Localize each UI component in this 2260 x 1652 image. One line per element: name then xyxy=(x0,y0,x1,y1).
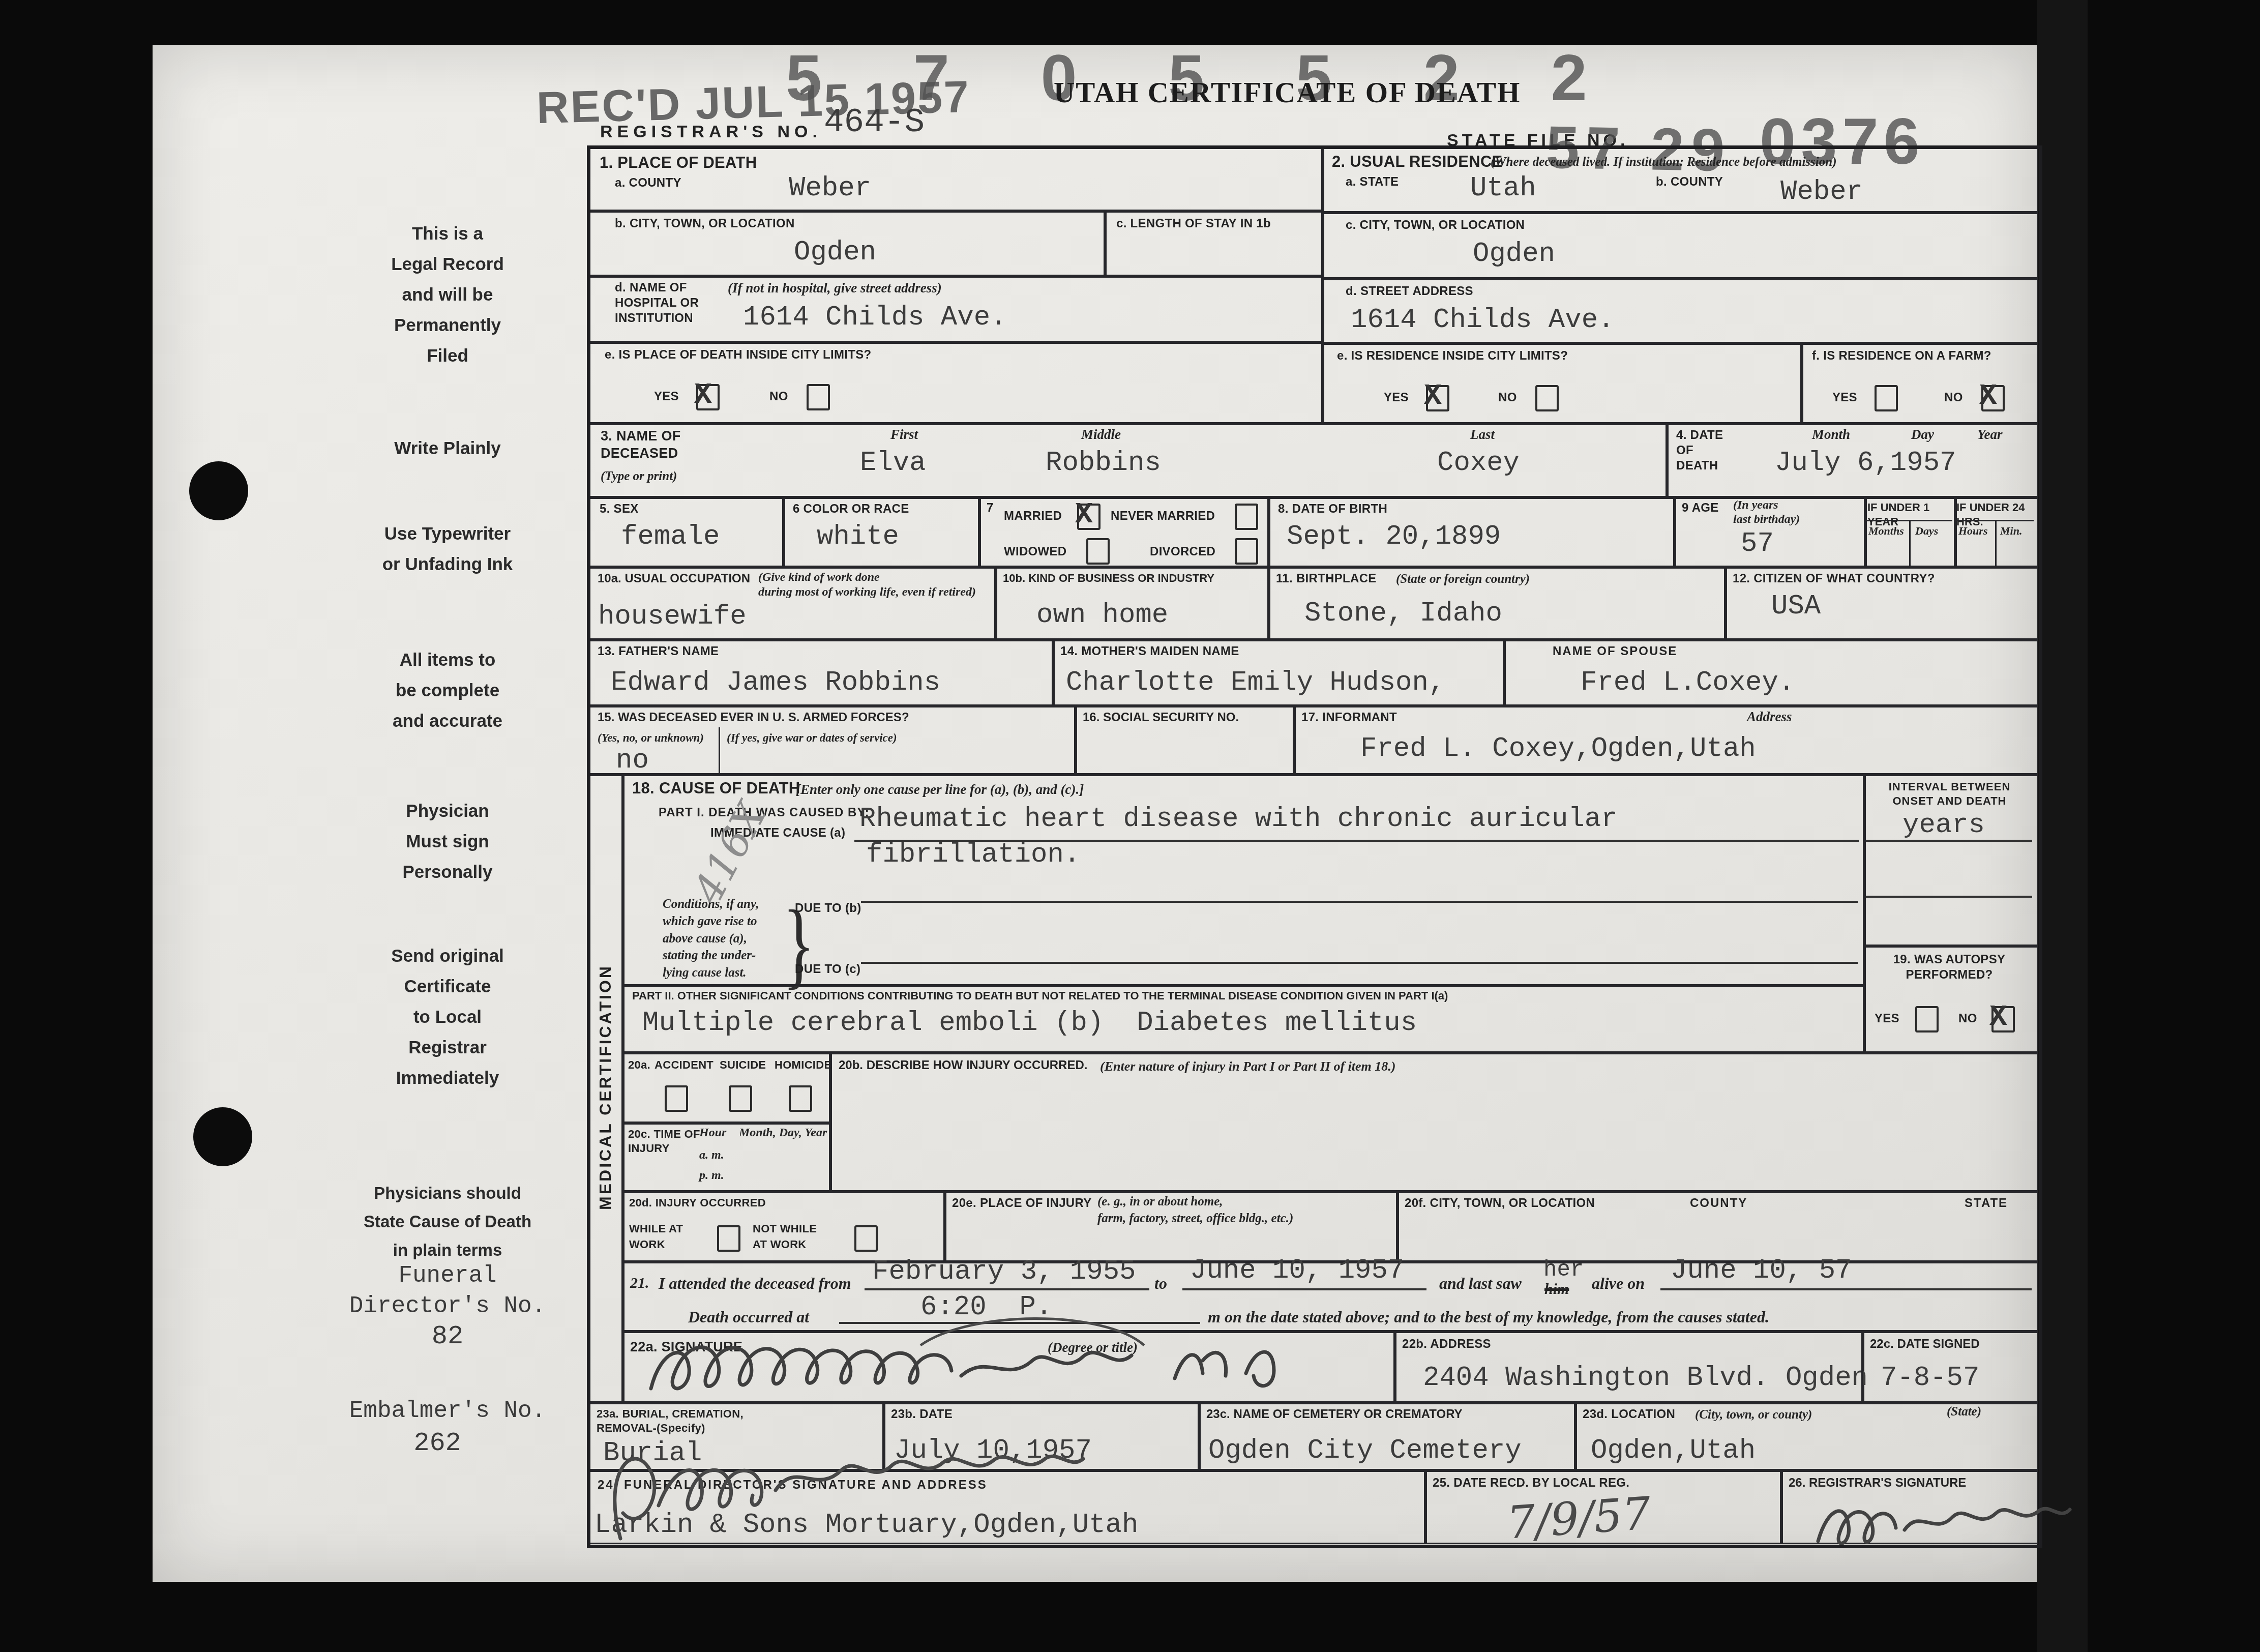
field-2e-no-label: NO xyxy=(1498,390,1517,405)
field-7-widowed-checkbox xyxy=(1086,538,1110,565)
field-7-married-mark: X xyxy=(1075,498,1093,532)
field-10a-label: 10a. USUAL OCCUPATION xyxy=(598,571,750,586)
cell-1c-length-of-stay: c. LENGTH OF STAY IN 1b xyxy=(1104,210,1324,278)
immediate-cause-line xyxy=(854,840,1859,842)
section2-title-note: (Where deceased lived. If institution: R… xyxy=(1491,154,1836,171)
field-22b-value: 2404 Washington Blvd. Ogden xyxy=(1423,1363,1868,1393)
cell-10a-occupation: 10a. USUAL OCCUPATION (Give kind of work… xyxy=(589,566,997,641)
field-2b-value: Weber xyxy=(1780,177,1863,207)
field-8-value: Sept. 20,1899 xyxy=(1287,522,1501,552)
field-4-year-label: Year xyxy=(1977,426,2003,444)
field-2f-no-mark: X xyxy=(1979,380,1997,413)
field-6-label: 6 COLOR OR RACE xyxy=(793,501,909,517)
field-9-value: 57 xyxy=(1741,529,1774,559)
field-1d-value: 1614 Childs Ave. xyxy=(743,303,1006,333)
field-spouse-label: NAME OF SPOUSE xyxy=(1553,644,1677,659)
hour-label: Hour xyxy=(699,1125,726,1141)
field-20a-label: 20a. xyxy=(628,1058,650,1072)
field-15-label: 15. WAS DECEASED EVER IN U. S. ARMED FOR… xyxy=(598,710,909,725)
field-1e-no-checkbox xyxy=(807,384,830,410)
cell-10b-industry: 10b. KIND OF BUSINESS OR INDUSTRY own ho… xyxy=(994,566,1270,641)
field-10b-value: own home xyxy=(1036,600,1168,630)
physician-signature xyxy=(636,1317,1399,1409)
field-5-value: female xyxy=(621,522,720,552)
cell-20a: 20a. ACCIDENT SUICIDE HOMICIDE xyxy=(621,1051,832,1125)
cell-19-autopsy: 19. WAS AUTOPSY PERFORMED? YES NO X xyxy=(1863,945,2038,1054)
cell-6-color-race: 6 COLOR OR RACE white xyxy=(782,496,981,569)
field-15-note1: (Yes, no, or unknown) xyxy=(598,730,704,746)
cell-18-cause-of-death: 18. CAUSE OF DEATH [Enter only one cause… xyxy=(621,773,1866,987)
margin-note-complete-accurate: All items to be complete and accurate xyxy=(305,645,590,736)
registrars-no-label: REGISTRAR'S NO. xyxy=(600,121,822,143)
field-7-never-married-checkbox xyxy=(1235,504,1258,530)
registrar-signature-scrawl xyxy=(1810,1483,2075,1564)
cell-20c: 20c. TIME OF INJURY Hour Month, Day, Yea… xyxy=(621,1122,832,1193)
field-14-label: 14. MOTHER'S MAIDEN NAME xyxy=(1060,644,1239,659)
margin-note-typewriter: Use Typewriter or Unfading Ink xyxy=(295,519,600,580)
cell-25-date-received: 25. DATE RECD. BY LOCAL REG. 7/9/57 xyxy=(1424,1469,1783,1544)
not-while-at-work-label: NOT WHILE AT WORK xyxy=(753,1221,817,1253)
field-14-value: Charlotte Emily Hudson, xyxy=(1066,668,1445,698)
interval-line-b xyxy=(1866,896,2032,898)
margin-note-write-plainly: Write Plainly xyxy=(305,433,590,464)
field-20f-label: 20f. CITY, TOWN, OR LOCATION xyxy=(1405,1196,1595,1211)
field-19-no-label: NO xyxy=(1958,1011,1977,1026)
cell-23d-location: 23d. LOCATION (City, town, or county) (S… xyxy=(1574,1401,2038,1472)
cell-2e-city-limits: e. IS RESIDENCE INSIDE CITY LIMITS? YES … xyxy=(1321,342,1803,425)
hours-min-divider xyxy=(1995,520,1997,566)
field-3-middle-value: Robbins xyxy=(1046,448,1161,478)
state-col-label: STATE xyxy=(1965,1196,2008,1211)
field-17-label: 17. INFORMANT xyxy=(1301,710,1397,725)
field-7-divorced-checkbox xyxy=(1235,538,1258,565)
field-4-month-label: Month xyxy=(1812,426,1850,444)
cell-9-age: 9 AGE (In years last birthday) 57 xyxy=(1673,496,1867,569)
field-7-divorced-label: DIVORCED xyxy=(1150,544,1215,559)
funeral-director-signature xyxy=(592,1424,1228,1546)
field-15-note2: (If yes, give war or dates of service) xyxy=(727,730,897,746)
field-18-part2-value: Multiple cerebral emboli (b) Diabetes me… xyxy=(642,1008,1417,1038)
section2-title: 2. USUAL RESIDENCE xyxy=(1332,152,1503,172)
field-3-last-label: Last xyxy=(1470,426,1495,444)
field-2e-yes-mark: X xyxy=(1424,380,1442,413)
accident-checkbox xyxy=(665,1085,688,1112)
field-1e-label: e. IS PLACE OF DEATH INSIDE CITY LIMITS? xyxy=(605,347,871,363)
field-18-due-c-label: DUE TO (c) xyxy=(795,962,860,977)
field-1e-yes-mark: X xyxy=(694,379,712,412)
field-20e-label: 20e. PLACE OF INJURY xyxy=(952,1196,1092,1211)
cell-13-father: 13. FATHER'S NAME Edward James Robbins xyxy=(589,638,1055,707)
field-10a-note: (Give kind of work done during most of w… xyxy=(758,570,976,600)
field-2e-yes-checkbox: X xyxy=(1426,385,1449,411)
field-1d-note: (If not in hospital, give street address… xyxy=(728,279,942,297)
field-23d-state-note: (State) xyxy=(1947,1404,1981,1421)
cell-20f: 20f. CITY, TOWN, OR LOCATION COUNTY STAT… xyxy=(1396,1190,2038,1263)
field-18-immediate-value-line1: Rheumatic heart disease with chronic aur… xyxy=(859,804,1618,834)
punch-hole-top xyxy=(189,461,248,520)
field-4-day-label: Day xyxy=(1911,426,1934,444)
field-19-yes-checkbox xyxy=(1915,1006,1939,1032)
am-label: a. m. xyxy=(699,1147,724,1163)
interval-value: years xyxy=(1902,810,1985,840)
accident-label: ACCIDENT xyxy=(655,1058,713,1072)
field-19-yes-label: YES xyxy=(1875,1011,1899,1026)
field-2e-label: e. IS RESIDENCE INSIDE CITY LIMITS? xyxy=(1337,348,1568,364)
not-while-at-work-checkbox xyxy=(854,1225,878,1252)
field-22c-value: 7-8-57 xyxy=(1881,1363,1979,1393)
field-18-due-b-label: DUE TO (b) xyxy=(795,901,861,916)
field-19-label: 19. WAS AUTOPSY PERFORMED? xyxy=(1876,952,2023,983)
field-21-no: 21. xyxy=(630,1273,649,1293)
field-12-label: 12. CITIZEN OF WHAT COUNTRY? xyxy=(1733,571,1935,586)
field-2d-label: d. STREET ADDRESS xyxy=(1346,284,1473,299)
field-2f-no-checkbox: X xyxy=(1981,385,2005,411)
due-c-line xyxy=(861,962,1858,964)
medical-certification-label: MEDICAL CERTIFICATION xyxy=(590,773,620,1401)
suicide-checkbox xyxy=(729,1085,752,1112)
field-7-label: 7 xyxy=(987,500,994,516)
attended-text: I attended the deceased from xyxy=(659,1273,851,1294)
cell-15-armed-forces: 15. WAS DECEASED EVER IN U. S. ARMED FOR… xyxy=(589,704,1077,776)
field-18-immediate-value-line2: fibrillation. xyxy=(866,840,1080,870)
cell-22c-date-signed: 22c. DATE SIGNED 7-8-57 xyxy=(1861,1330,2038,1404)
margin-note-send-original: Send original Certificate to Local Regis… xyxy=(305,941,590,1094)
field-25-value-handwritten: 7/9/57 xyxy=(1505,1487,1653,1549)
field-18-title: 18. CAUSE OF DEATH xyxy=(632,779,800,799)
cell-14-mother: 14. MOTHER'S MAIDEN NAME Charlotte Emily… xyxy=(1052,638,1506,707)
months-days-divider xyxy=(1909,520,1911,566)
field-spouse-value: Fred L.Coxey. xyxy=(1581,668,1795,698)
under-24-divider xyxy=(1955,520,2034,521)
suicide-label: SUICIDE xyxy=(720,1058,766,1072)
field-3-middle-label: Middle xyxy=(1081,426,1121,444)
field-2b-label: b. COUNTY xyxy=(1656,174,1723,190)
field-23d-note: (City, town, or county) xyxy=(1695,1407,1812,1424)
cell-4-date-of-death: 4. DATE OF DEATH Month Day Year July 6,1… xyxy=(1666,422,2038,499)
cell-12-citizen: 12. CITIZEN OF WHAT COUNTRY? USA xyxy=(1724,566,2038,641)
field-2f-no-label: NO xyxy=(1944,390,1963,405)
field-18-conditions-note: Conditions, if any, which gave rise to a… xyxy=(663,896,759,982)
field-22b-label: 22b. ADDRESS xyxy=(1402,1337,1491,1352)
field-2e-yes-label: YES xyxy=(1384,390,1409,405)
field-16-label: 16. SOCIAL SECURITY NO. xyxy=(1083,710,1239,725)
field-2f-label: f. IS RESIDENCE ON A FARM? xyxy=(1812,348,1991,364)
alive-on-text: alive on xyxy=(1592,1273,1645,1294)
scanned-death-certificate: REC'D JUL 15 1957 5 7 0 5 5 2 2 REGISTRA… xyxy=(0,0,2260,1652)
hours-label: Hours xyxy=(1958,524,1987,539)
field-3-first-value: Elva xyxy=(860,448,926,478)
field-2f-yes-label: YES xyxy=(1832,390,1857,405)
field-1d-label: d. NAME OF HOSPITAL OR INSTITUTION xyxy=(615,280,699,326)
embalmers-no-label: Embalmer's No. xyxy=(305,1398,590,1424)
field-1c-label: c. LENGTH OF STAY IN 1b xyxy=(1116,216,1271,231)
cell-interval: INTERVAL BETWEEN ONSET AND DEATH years xyxy=(1863,773,2038,948)
min-label: Min. xyxy=(2000,524,2022,539)
cell-5-sex: 5. SEX female xyxy=(589,496,785,569)
field-13-label: 13. FATHER'S NAME xyxy=(598,644,719,659)
while-at-work-label: WHILE AT WORK xyxy=(629,1221,683,1253)
field-23b-label: 23b. DATE xyxy=(891,1407,953,1422)
cell-20d: 20d. INJURY OCCURRED WHILE AT WORK NOT W… xyxy=(621,1190,946,1263)
cell-1e-city-limits: e. IS PLACE OF DEATH INSIDE CITY LIMITS?… xyxy=(589,341,1324,425)
field-23c-value: Ogden City Cemetery xyxy=(1208,1436,1522,1466)
cell-2ab-residence: 2. USUAL RESIDENCE (Where deceased lived… xyxy=(1321,147,2038,214)
cell-23c-cemetery: 23c. NAME OF CEMETERY OR CREMATORY Ogden… xyxy=(1198,1401,1577,1472)
margin-note-physician-sign: Physician Must sign Personally xyxy=(305,796,590,888)
field-15-divider xyxy=(719,727,720,773)
attended-from-line xyxy=(865,1288,1149,1290)
cell-20b: 20b. DESCRIBE HOW INJURY OCCURRED. (Ente… xyxy=(829,1051,2038,1193)
days-label: Days xyxy=(1915,524,1938,539)
field-18-part2-label: PART II. OTHER SIGNIFICANT CONDITIONS CO… xyxy=(632,989,1448,1003)
field-9-note: (In years last birthday) xyxy=(1733,498,1800,526)
attended-to-value: June 10, 1957 xyxy=(1190,1256,1404,1286)
field-11-note: (State or foreign country) xyxy=(1396,571,1530,588)
cell-1d-hospital: d. NAME OF HOSPITAL OR INSTITUTION (If n… xyxy=(589,275,1324,344)
field-17-address-label: Address xyxy=(1747,708,1792,726)
field-15-value: no xyxy=(616,746,649,776)
field-10b-label: 10b. KIND OF BUSINESS OR INDUSTRY xyxy=(1003,571,1214,585)
field-2c-value: Ogden xyxy=(1473,239,1555,269)
field-1e-no-label: NO xyxy=(769,389,788,404)
cell-8-date-of-birth: 8. DATE OF BIRTH Sept. 20,1899 xyxy=(1267,496,1676,569)
field-12-value: USA xyxy=(1771,592,1821,622)
field-1e-yes-checkbox: X xyxy=(696,384,720,410)
field-23c-label: 23c. NAME OF CEMETERY OR CREMATORY xyxy=(1206,1407,1463,1422)
field-5-label: 5. SEX xyxy=(600,501,639,517)
mdy-label: Month, Day, Year xyxy=(739,1125,827,1141)
field-23d-label: 23d. LOCATION xyxy=(1583,1407,1675,1422)
field-20b-label: 20b. DESCRIBE HOW INJURY OCCURRED. xyxy=(839,1058,1087,1073)
cell-spouse: NAME OF SPOUSE Fred L.Coxey. xyxy=(1503,638,2038,707)
field-22c-label: 22c. DATE SIGNED xyxy=(1870,1337,1980,1352)
field-2a-label: a. STATE xyxy=(1346,174,1399,190)
margin-note-legal-record: This is a Legal Record and will be Perma… xyxy=(305,219,590,371)
cell-2c-city: c. CITY, TOWN, OR LOCATION Ogden xyxy=(1321,211,2038,280)
field-7-married-label: MARRIED xyxy=(1004,509,1062,524)
months-label: Months xyxy=(1868,524,1904,539)
homicide-checkbox xyxy=(789,1085,812,1112)
field-18-title-note: [Enter only one cause per line for (a), … xyxy=(796,781,1084,799)
field-9-label: 9 AGE xyxy=(1682,500,1719,516)
field-1a-label: a. COUNTY xyxy=(615,175,681,191)
field-6-value: white xyxy=(817,522,899,552)
cell-9-under-1-year: IF UNDER 1 YEAR Months Days xyxy=(1864,496,1957,569)
cell-17-informant: 17. INFORMANT Address Fred L. Coxey,Ogde… xyxy=(1293,704,2038,776)
cell-18-part2: PART II. OTHER SIGNIFICANT CONDITIONS CO… xyxy=(621,984,1866,1054)
to-word: to xyxy=(1154,1273,1167,1294)
registrars-no-value: 464-S xyxy=(824,104,925,141)
field-4-value: July 6,1957 xyxy=(1775,448,1956,478)
field-2e-no-checkbox xyxy=(1535,385,1559,411)
field-13-value: Edward James Robbins xyxy=(611,668,940,698)
cell-7-marital-status: 7 MARRIED X NEVER MARRIED WIDOWED DIVORC… xyxy=(978,496,1270,569)
cell-1b-city: b. CITY, TOWN, OR LOCATION Ogden xyxy=(589,210,1107,278)
alive-on-value: June 10, 57 xyxy=(1671,1256,1852,1286)
cell-3-name-of-deceased: 3. NAME OF DECEASED (Type or print) Firs… xyxy=(589,422,1669,499)
field-1e-yes-label: YES xyxy=(654,389,679,404)
field-2f-yes-checkbox xyxy=(1875,385,1898,411)
cell-9-under-24-hrs: IF UNDER 24 HRS. Hours Min. xyxy=(1954,496,2038,569)
funeral-directors-no-value: 82 xyxy=(315,1321,580,1351)
scan-right-shadow xyxy=(2037,0,2088,1652)
field-7-never-married-label: NEVER MARRIED xyxy=(1111,509,1215,524)
field-7-married-checkbox: X xyxy=(1077,504,1101,530)
margin-note-plain-terms: Physicians should State Cause of Death i… xyxy=(285,1179,610,1264)
due-b-line xyxy=(861,901,1858,903)
field-2d-value: 1614 Childs Ave. xyxy=(1351,305,1614,335)
field-1b-label: b. CITY, TOWN, OR LOCATION xyxy=(615,216,795,231)
field-2a-value: Utah xyxy=(1470,173,1536,203)
last-saw-text: and last saw xyxy=(1439,1273,1522,1294)
form-title: UTAH CERTIFICATE OF DEATH xyxy=(1054,76,1521,109)
field-1a-value: Weber xyxy=(789,173,871,203)
section1-title: 1. PLACE OF DEATH xyxy=(600,153,757,173)
cell-1a-county: 1. PLACE OF DEATH a. COUNTY Weber xyxy=(589,147,1324,213)
county-col-label: COUNTY xyxy=(1690,1196,1747,1211)
field-20b-note: (Enter nature of injury in Part I or Par… xyxy=(1100,1058,1395,1075)
field-11-value: Stone, Idaho xyxy=(1304,599,1502,629)
cell-2f-farm: f. IS RESIDENCE ON A FARM? YES NO X xyxy=(1800,342,2038,425)
funeral-directors-no-label: Funeral Director's No. xyxy=(315,1260,580,1321)
field-3-label: 3. NAME OF DECEASED xyxy=(601,428,681,462)
alive-on-line xyxy=(1660,1288,2032,1290)
embalmers-no-value: 262 xyxy=(305,1428,570,1458)
field-20d-label: 20d. INJURY OCCURRED xyxy=(629,1196,766,1210)
field-25-label: 25. DATE RECD. BY LOCAL REG. xyxy=(1433,1476,1629,1491)
field-3-note: (Type or print) xyxy=(601,468,677,485)
field-7-widowed-label: WIDOWED xyxy=(1004,544,1066,559)
field-23d-value: Ogden,Utah xyxy=(1591,1436,1756,1466)
field-1b-value: Ogden xyxy=(794,238,876,268)
homicide-label: HOMICIDE xyxy=(775,1058,831,1072)
field-17-value: Fred L. Coxey,Ogden,Utah xyxy=(1360,734,1756,764)
cell-22b-address: 22b. ADDRESS 2404 Washington Blvd. Ogden xyxy=(1393,1330,1864,1404)
field-4-label: 4. DATE OF DEATH xyxy=(1676,428,1723,474)
field-19-no-mark: X xyxy=(1989,1001,2007,1034)
cell-20e: 20e. PLACE OF INJURY (e. g., in or about… xyxy=(943,1190,1399,1263)
field-20e-note: (e. g., in or about home, farm, factory,… xyxy=(1097,1194,1293,1227)
field-3-last-value: Coxey xyxy=(1437,448,1520,478)
attended-to-line xyxy=(1182,1288,1426,1290)
cell-16-ssn: 16. SOCIAL SECURITY NO. xyxy=(1074,704,1296,776)
punch-hole-bottom xyxy=(193,1107,252,1166)
while-at-work-checkbox xyxy=(717,1225,740,1252)
cell-11-birthplace: 11. BIRTHPLACE (State or foreign country… xyxy=(1267,566,1727,641)
field-3-first-label: First xyxy=(890,426,918,444)
attended-from-value: February 3, 1955 xyxy=(872,1257,1136,1287)
field-11-label: 11. BIRTHPLACE xyxy=(1276,571,1377,586)
pronoun-printed: him xyxy=(1544,1279,1569,1299)
cell-2d-street: d. STREET ADDRESS 1614 Childs Ave. xyxy=(1321,277,2038,345)
field-10a-value: housewife xyxy=(598,602,747,632)
field-2c-label: c. CITY, TOWN, OR LOCATION xyxy=(1346,218,1525,233)
interval-line-a xyxy=(1866,840,2032,842)
field-19-no-checkbox: X xyxy=(1991,1006,2015,1032)
field-8-label: 8. DATE OF BIRTH xyxy=(1278,501,1387,517)
field-20c-label: 20c. TIME OF INJURY xyxy=(628,1127,700,1155)
pm-label: p. m. xyxy=(699,1168,724,1184)
interval-label: INTERVAL BETWEEN ONSET AND DEATH xyxy=(1875,780,2025,808)
